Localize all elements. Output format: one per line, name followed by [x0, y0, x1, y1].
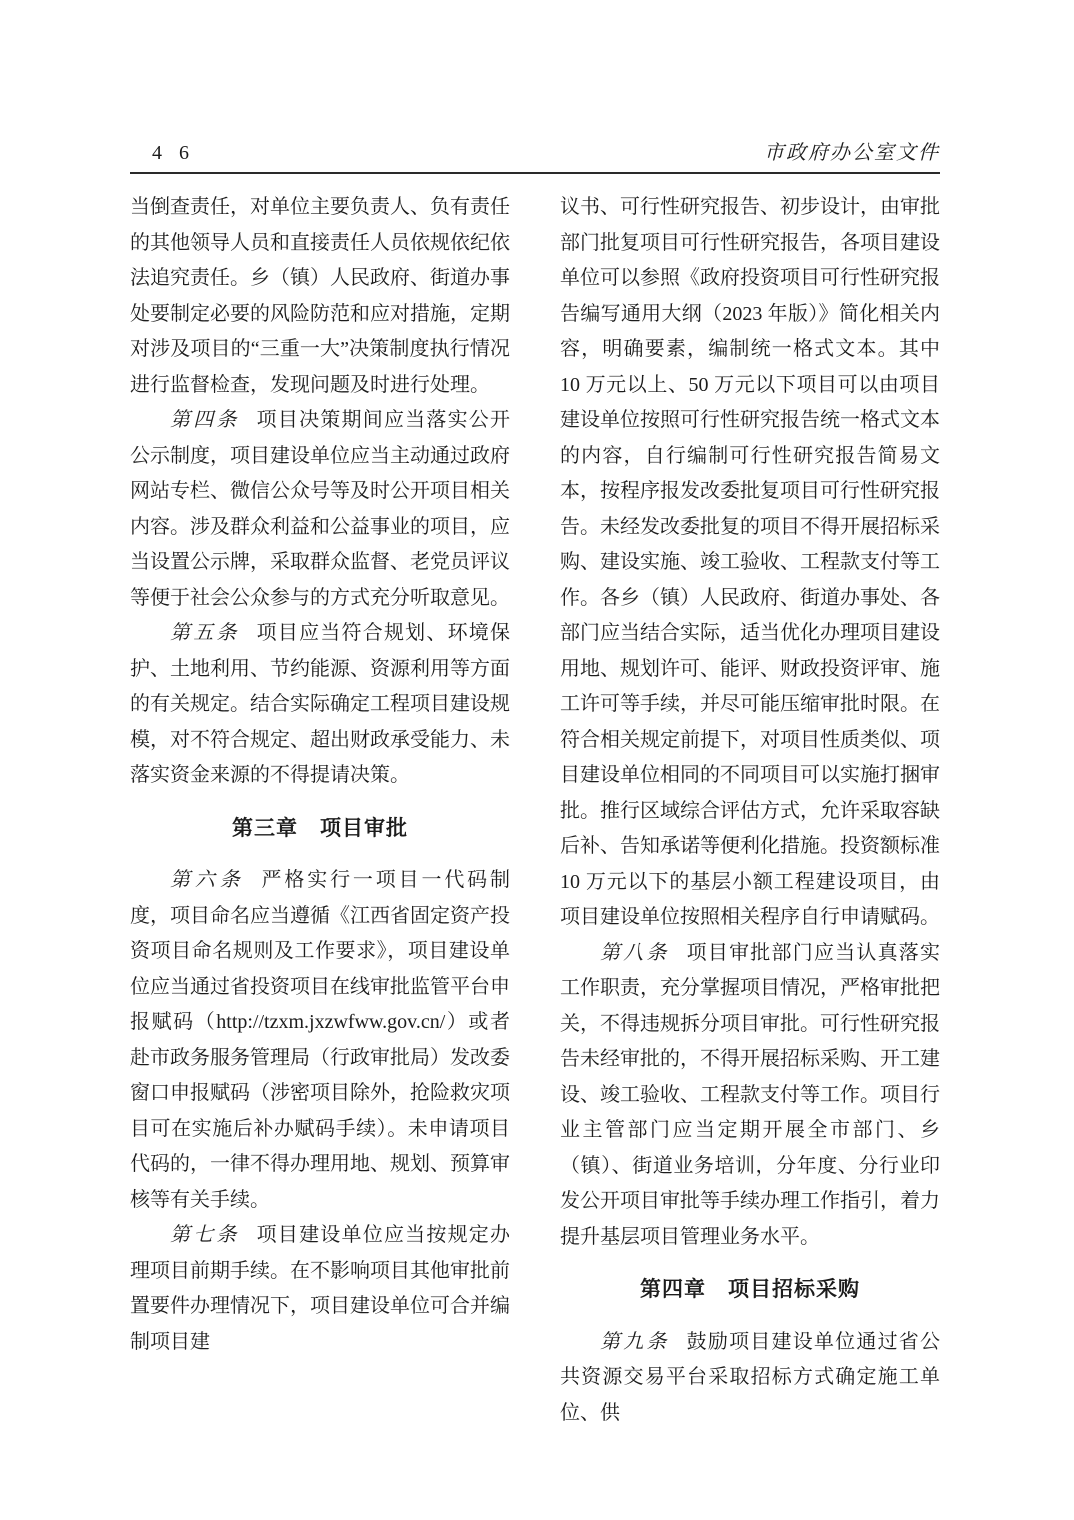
paragraph-article-7: 第七条项目建设单位应当按规定办理项目前期手续。在不影响项目其他审批前置要件办理情… [130, 1218, 510, 1360]
paragraph-article-9: 第九条鼓励项目建设单位通过省公共资源交易平台采取招标方式确定施工单位、供 [560, 1325, 940, 1432]
article-number: 第八条 [600, 942, 670, 964]
article-number: 第九条 [600, 1331, 670, 1353]
paragraph-text: 严格实行一项目一代码制度，项目命名应当遵循《江西省固定资产投资项目命名规则及工作… [130, 869, 510, 1211]
paragraph-text: 项目应当符合规划、环境保护、土地利用、节约能源、资源利用等方面的有关规定。结合实… [130, 622, 510, 786]
paragraph-continuation: 当倒查责任，对单位主要负责人、负有责任的其他领导人员和直接责任人员依规依纪依法追… [130, 190, 510, 403]
paragraph-continuation: 议书、可行性研究报告、初步设计，由审批部门批复项目可行性研究报告，各项目建设单位… [560, 190, 940, 936]
document-body: 当倒查责任，对单位主要负责人、负有责任的其他领导人员和直接责任人员依规依纪依法追… [130, 190, 940, 1431]
paragraph-text: 议书、可行性研究报告、初步设计，由审批部门批复项目可行性研究报告，各项目建设单位… [560, 196, 940, 928]
paragraph-article-5: 第五条项目应当符合规划、环境保护、土地利用、节约能源、资源利用等方面的有关规定。… [130, 616, 510, 794]
chapter-heading-4: 第四章 项目招标采购 [560, 1272, 940, 1308]
article-number: 第四条 [170, 409, 240, 431]
page-number: 4 6 [130, 142, 195, 165]
article-number: 第七条 [170, 1224, 240, 1246]
chapter-heading-3: 第三章 项目审批 [130, 811, 510, 847]
paragraph-text: 项目审批部门应当认真落实工作职责，充分掌握项目情况，严格审批把关，不得违规拆分项… [560, 942, 940, 1248]
left-column: 当倒查责任，对单位主要负责人、负有责任的其他领导人员和直接责任人员依规依纪依法追… [130, 190, 510, 1431]
document-page: 4 6 市政府办公室文件 当倒查责任，对单位主要负责人、负有责任的其他领导人员和… [0, 0, 1074, 1520]
paragraph-article-6: 第六条严格实行一项目一代码制度，项目命名应当遵循《江西省固定资产投资项目命名规则… [130, 863, 510, 1218]
paragraph-text: 项目决策期间应当落实公开公示制度，项目建设单位应当主动通过政府网站专栏、微信公众… [130, 409, 510, 609]
page-header: 4 6 市政府办公室文件 [130, 136, 940, 174]
article-number: 第五条 [170, 622, 240, 644]
paragraph-text: 当倒查责任，对单位主要负责人、负有责任的其他领导人员和直接责任人员依规依纪依法追… [130, 196, 510, 396]
article-number: 第六条 [170, 869, 245, 891]
paragraph-article-8: 第八条项目审批部门应当认真落实工作职责，充分掌握项目情况，严格审批把关，不得违规… [560, 936, 940, 1256]
header-doc-label: 市政府办公室文件 [764, 136, 940, 165]
right-column: 议书、可行性研究报告、初步设计，由审批部门批复项目可行性研究报告，各项目建设单位… [560, 190, 940, 1431]
paragraph-article-4: 第四条项目决策期间应当落实公开公示制度，项目建设单位应当主动通过政府网站专栏、微… [130, 403, 510, 616]
